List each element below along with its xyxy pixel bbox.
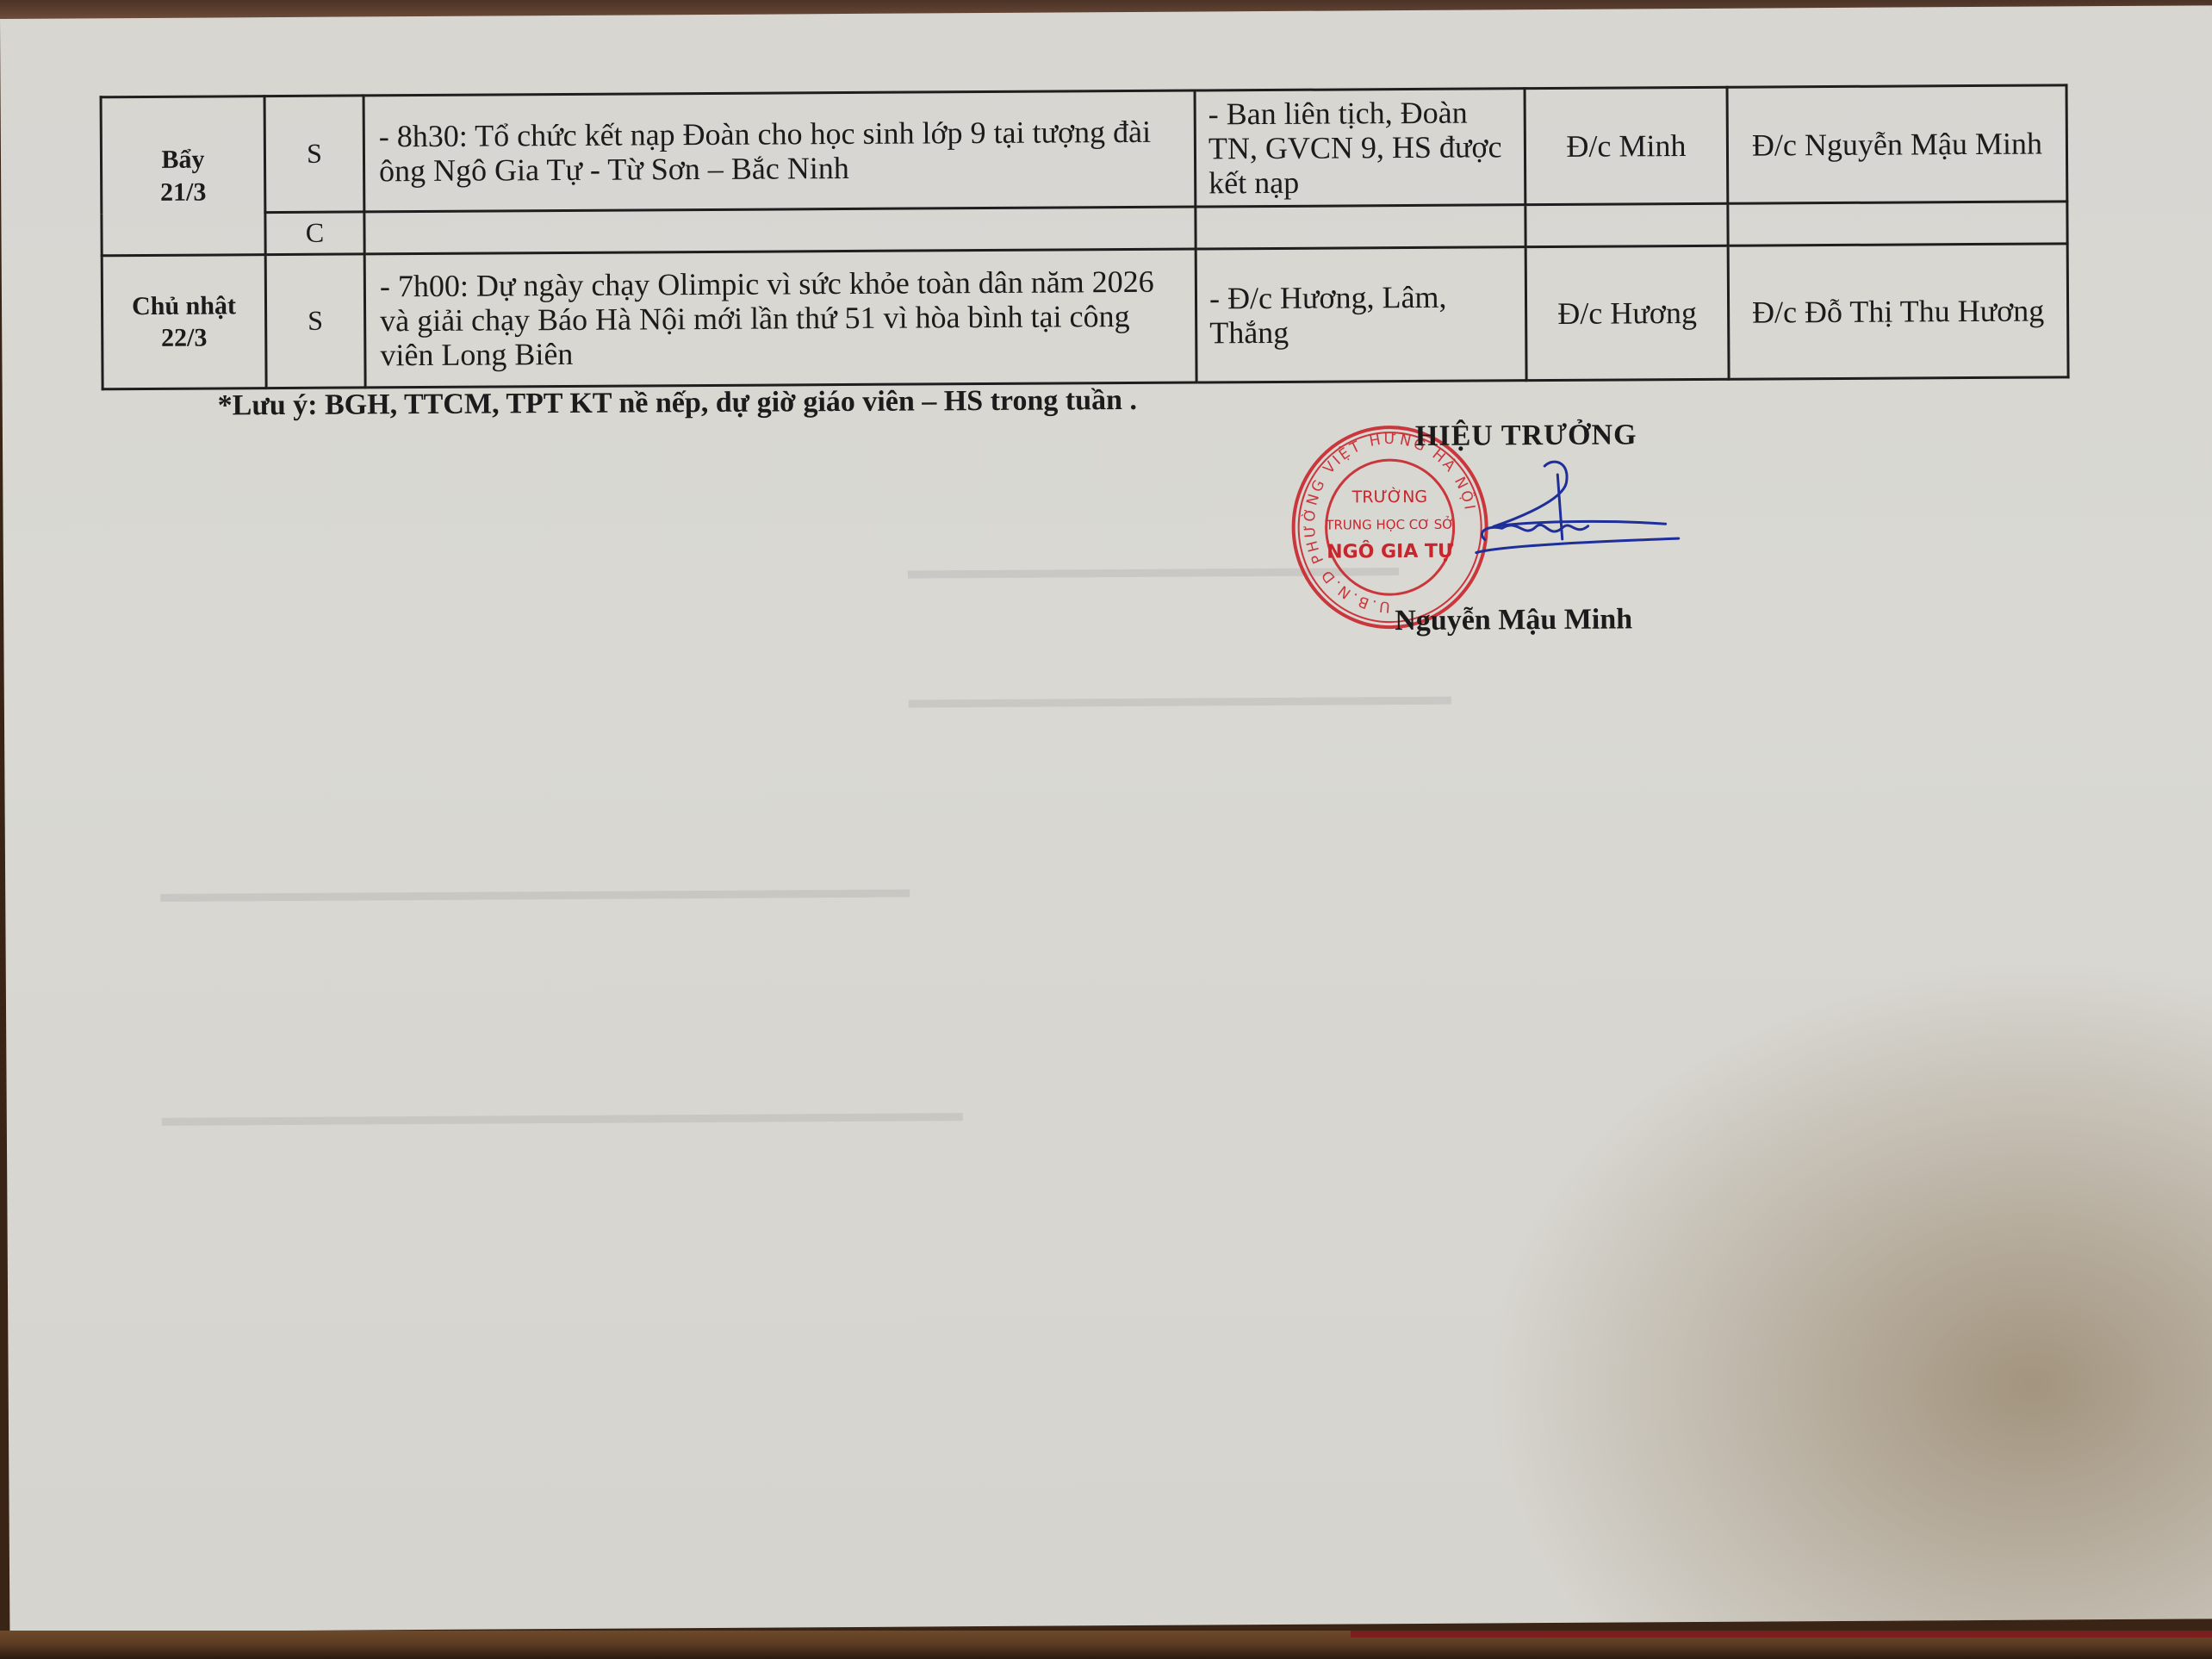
in-charge-cell: Đ/c Minh [1525,87,1728,204]
leader-cell: Đ/c Nguyễn Mậu Minh [1727,85,2067,203]
date-label: 21/3 [103,176,263,209]
date-label: 22/3 [104,321,264,355]
content-cell: - 7h00: Dự ngày chạy Olimpic vì sức khỏe… [364,249,1196,388]
day-label: Chủ nhật [104,289,264,323]
signer-name: Nguyễn Mậu Minh [1395,603,1632,637]
session-cell: S [265,254,365,388]
show-through-text: ▬▬▬▬▬▬▬▬▬▬▬▬▬▬▬▬▬▬▬▬▬▬▬▬▬▬▬▬▬▬▬ [162,1098,963,1133]
show-through-text: ▬▬▬▬▬▬▬▬▬▬▬▬▬▬▬▬▬▬▬▬▬ [909,682,1451,715]
stamp-line-2: TRUNG HỌC CƠ SỞ [1325,515,1454,533]
participants-cell [1196,205,1525,249]
participants-cell: - Ban liên tịch, Đoàn TN, GVCN 9, HS đượ… [1195,89,1525,207]
in-charge-cell [1525,203,1728,246]
leader-cell: Đ/c Đỗ Thị Thu Hương [1728,244,2068,379]
in-charge-cell: Đ/c Hương [1525,245,1729,380]
day-label: Bẩy [103,143,263,177]
table-row: Chủ nhật 22/3 S - 7h00: Dự ngày chạy Oli… [102,244,2068,389]
handwritten-signature [1467,457,1692,562]
content-cell [364,207,1196,254]
day-cell: Chủ nhật 22/3 [102,255,266,389]
day-cell: Bẩy 21/3 [101,96,265,256]
content-cell: - 8h30: Tổ chức kết nạp Đoàn cho học sin… [363,90,1196,212]
session-cell: C [265,212,364,255]
folder-edge [1351,1631,2212,1637]
participants-cell: - Đ/c Hương, Lâm, Thắng [1196,247,1526,382]
paper-page: ▬▬▬▬▬▬▬▬▬▬▬▬▬▬▬▬▬▬▬ ▬▬▬▬▬▬▬▬▬▬▬▬▬▬▬▬▬▬▬▬… [0,5,2212,1632]
table-row: Bẩy 21/3 S - 8h30: Tổ chức kết nạp Đoàn … [101,85,2067,214]
leader-cell [1728,202,2067,245]
stamp-line-1: TRƯỜNG [1351,486,1428,507]
session-cell: S [264,96,364,213]
weekly-schedule-table: Bẩy 21/3 S - 8h30: Tổ chức kết nạp Đoàn … [100,84,2070,390]
stamp-line-3: NGÔ GIA TỰ [1327,540,1454,563]
signature-title: HIỆU TRƯỞNG [1415,419,1637,453]
desk-surface-bottom [0,1631,2212,1659]
show-through-text: ▬▬▬▬▬▬▬▬▬▬▬▬▬▬▬▬▬▬▬▬▬▬▬▬▬▬▬▬▬ [160,875,910,909]
note-text: *Lưu ý: BGH, TTCM, TPT KT nề nếp, dự giờ… [218,384,1137,423]
